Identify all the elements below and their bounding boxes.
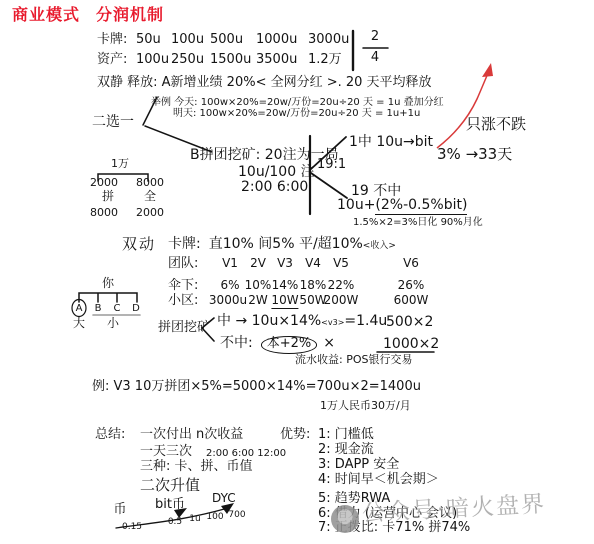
mining-win-right: 500×2 bbox=[386, 315, 433, 331]
pool-right2: 全 bbox=[144, 190, 156, 203]
mining-win-suffix: =1.4u bbox=[344, 313, 387, 329]
mining-win-small: <v3> bbox=[321, 318, 344, 327]
summary-kinds: 三种: 卡、拼、币值 bbox=[140, 460, 253, 475]
umbrella-pct: 14% bbox=[272, 279, 299, 292]
card-price: 1000u bbox=[256, 33, 297, 48]
you-bracket bbox=[79, 293, 137, 302]
you-child-b: B bbox=[95, 303, 102, 314]
district-amount: 3000u bbox=[209, 294, 247, 307]
umbrella-pct: 26% bbox=[398, 279, 425, 292]
cards-row-label: 卡牌: bbox=[97, 33, 127, 48]
watermark-logo-icon bbox=[331, 505, 359, 533]
fraction-numerator: 2 bbox=[371, 30, 379, 45]
pool-right1: 8000 bbox=[136, 177, 164, 189]
mining-win-line: 中 → 10u×14%<v3>=1.4u bbox=[217, 314, 387, 330]
umbrella-pct: 18% bbox=[300, 279, 327, 292]
coin-label-1: 币 bbox=[113, 503, 126, 518]
pool-left2: 拼 bbox=[102, 190, 114, 203]
title-part1: 商业模式 bbox=[12, 5, 80, 24]
b-fork-lower bbox=[311, 173, 347, 198]
growth-point: 700 bbox=[228, 510, 245, 520]
asset-value: 3500u bbox=[256, 53, 297, 68]
dual-label: 双动 bbox=[122, 236, 156, 253]
coin-label-2: bit币 bbox=[155, 498, 185, 513]
asset-value: 1.2万 bbox=[308, 53, 342, 68]
you-child-c: C bbox=[114, 303, 121, 314]
title-part2: 分润机制 bbox=[96, 5, 164, 24]
district-row-label: 小区: bbox=[168, 294, 198, 309]
summary-times: 2:00 6:00 12:00 bbox=[206, 448, 286, 459]
example-tomorrow: 明天: 100w×20%=20w/万份=20u÷20 天 = 1u+1u bbox=[173, 108, 420, 119]
growth-point: 0.15 bbox=[122, 522, 142, 532]
team-level: 2V bbox=[250, 257, 266, 270]
you-top: 你 bbox=[102, 277, 114, 290]
umbrella-row-label: 伞下: bbox=[168, 279, 198, 294]
growth-point: 100 bbox=[206, 512, 223, 522]
assets-row-label: 资产: bbox=[97, 53, 127, 68]
card-price: 3000u bbox=[308, 33, 349, 48]
mining-flow-note: 流水收益: POS银行交易 bbox=[295, 354, 412, 366]
choice-label: 二选一 bbox=[92, 115, 134, 131]
card-price: 50u bbox=[136, 33, 161, 48]
pool-right3: 2000 bbox=[136, 207, 164, 219]
district-amount-underlined: 10W bbox=[271, 294, 298, 309]
you-child-d: D bbox=[132, 303, 140, 314]
b-lose-underlined: (2%-0.5%bit) bbox=[375, 197, 467, 215]
pool-left1: 2000 bbox=[90, 177, 118, 189]
asset-value: 1500u bbox=[210, 53, 251, 68]
advantage-item: 4: 时间早＜机会期＞ bbox=[318, 473, 439, 488]
price-arrowhead bbox=[482, 63, 493, 77]
team-level: V6 bbox=[403, 257, 419, 270]
example-note: 1万人民币30万/月 bbox=[320, 400, 411, 412]
static-release-heading: 双静 释放: A新增业绩 20%< 全网分红 >. 20 天平均释放 bbox=[97, 76, 432, 91]
summary-daily: 一天三次 bbox=[140, 445, 192, 460]
growth-point: 1u bbox=[189, 514, 200, 524]
district-amount: 200W bbox=[324, 294, 359, 307]
umbrella-pct: 22% bbox=[328, 279, 355, 292]
you-child-a: A bbox=[76, 303, 83, 314]
pool-top: 1万 bbox=[111, 158, 129, 170]
example-today: 举例 今天: 100w×20%=20w/万份=20u÷20 天 = 1u 叠加分… bbox=[151, 97, 444, 108]
advantages-label: 优势: bbox=[280, 428, 310, 443]
b-rise-note: 只涨不跌 bbox=[466, 116, 526, 133]
b-lose-prefix: 10u+ bbox=[337, 197, 375, 213]
pool-left3: 8000 bbox=[90, 207, 118, 219]
mining-lose-circled: 本+2% bbox=[261, 336, 318, 354]
summary-upgrade: 二次升值 bbox=[140, 477, 200, 494]
summary-label: 总结: bbox=[95, 428, 125, 443]
fraction-denominator: 4 bbox=[371, 51, 379, 66]
you-small-label: 小 bbox=[107, 317, 119, 330]
team-level: V5 bbox=[333, 257, 349, 270]
umbrella-pct: 10% bbox=[245, 279, 272, 292]
mining-lose-label: 不中: bbox=[220, 335, 253, 351]
summary-pay: 一次付出 bbox=[140, 428, 192, 443]
b-ratio: 19:1 bbox=[317, 158, 346, 173]
advantage-item: 2: 现金流 bbox=[318, 443, 374, 458]
mining-lose-line: 不中:本+2%× bbox=[220, 336, 335, 354]
district-amount: 600W bbox=[394, 294, 429, 307]
dual-card-label: 卡牌: bbox=[168, 236, 201, 252]
team-level: V3 bbox=[277, 257, 293, 270]
umbrella-pct: 6% bbox=[220, 279, 239, 292]
b-win: 1中 10u→bit bbox=[349, 135, 433, 151]
dual-card-line: 卡牌:直10% 间5% 平/超10%<收入> bbox=[168, 237, 396, 253]
advantage-item: 3: DAPP 安全 bbox=[318, 458, 399, 473]
team-level: V4 bbox=[305, 257, 321, 270]
b-lose-formula: 10u+(2%-0.5%bit) bbox=[337, 198, 467, 214]
mining-lose-right: 1000×2 bbox=[383, 337, 439, 353]
mining-lose-times: × bbox=[323, 335, 335, 351]
team-level: V1 bbox=[222, 257, 238, 270]
b-line3: 2:00 6:00 bbox=[241, 180, 308, 196]
coin-label-3: DYC bbox=[212, 492, 236, 505]
mining-label: 拼团挖矿 bbox=[158, 321, 210, 336]
b-rate-note: 3% →33天 bbox=[437, 146, 512, 163]
growth-point: 0.5 bbox=[168, 517, 182, 527]
you-big-label: 大 bbox=[73, 317, 85, 330]
advantage-item: 1: 门槛低 bbox=[318, 428, 374, 443]
dual-card-small: <收入> bbox=[363, 241, 396, 251]
card-price: 500u bbox=[210, 33, 243, 48]
district-amount: 2W bbox=[248, 294, 268, 307]
asset-value: 250u bbox=[171, 53, 204, 68]
dual-card-value: 直10% 间5% 平/超10% bbox=[209, 236, 363, 252]
page-title: 商业模式分润机制 bbox=[12, 6, 164, 24]
example-formula: 例: V3 10万拼团×5%=5000×14%=700u×2=1400u bbox=[92, 380, 421, 395]
district-amount: 50W bbox=[299, 294, 326, 307]
summary-gain: n次收益 bbox=[196, 428, 243, 443]
handwritten-notes-page: 商业模式分润机制 卡牌: 50u 100u 500u 1000u 3000u 资… bbox=[0, 0, 594, 544]
mining-win-prefix: 中 → 10u×14% bbox=[217, 313, 321, 329]
price-arrow-curve bbox=[437, 71, 489, 148]
asset-value: 100u bbox=[136, 53, 169, 68]
team-row-label: 团队: bbox=[168, 257, 198, 272]
card-price: 100u bbox=[171, 33, 204, 48]
b-lose-note: 1.5%×2=3%日化 90%月化 bbox=[353, 217, 483, 228]
